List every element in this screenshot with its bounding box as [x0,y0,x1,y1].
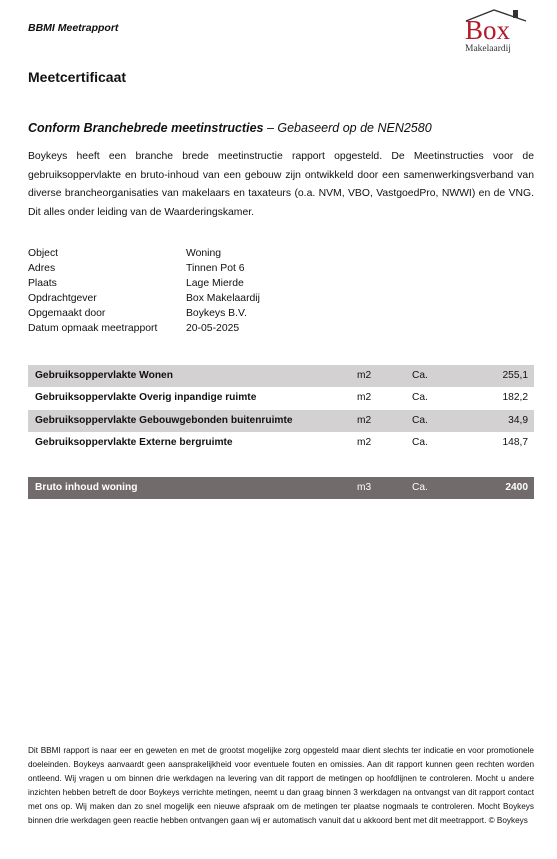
detail-row: Opgemaakt doorBoykeys B.V. [28,306,260,321]
bruto-row: Bruto inhoud woning m3 Ca. 2400 [28,477,534,499]
detail-row: AdresTinnen Pot 6 [28,261,260,276]
logo-subtitle: Makelaardij [465,44,511,54]
report-label: BBMI Meetrapport [28,22,118,34]
detail-label: Object [28,246,186,261]
measurement-approx: Ca. [412,410,482,432]
measurement-approx: Ca. [412,432,482,454]
table-row: Gebruiksoppervlakte Externe bergruimte m… [28,432,534,454]
measurement-approx: Ca. [412,387,482,409]
measurement-label: Gebruiksoppervlakte Overig inpandige rui… [28,387,357,409]
detail-label: Plaats [28,276,186,291]
measurement-value: 34,9 [482,410,534,432]
detail-value: Boykeys B.V. [186,306,247,321]
measurement-label: Gebruiksoppervlakte Externe bergruimte [28,432,357,454]
disclaimer: Dit BBMI rapport is naar eer en geweten … [28,744,534,829]
bruto-label: Bruto inhoud woning [28,477,357,499]
measurement-unit: m2 [357,365,412,387]
detail-row: PlaatsLage Mierde [28,276,260,291]
measurement-unit: m2 [357,387,412,409]
details-list: ObjectWoning AdresTinnen Pot 6 PlaatsLag… [28,246,260,336]
detail-value: 20-05-2025 [186,321,239,336]
measurement-approx: Ca. [412,365,482,387]
measurement-value: 182,2 [482,387,534,409]
measurement-label: Gebruiksoppervlakte Gebouwgebonden buite… [28,410,357,432]
detail-value: Woning [186,246,221,261]
page-title: Meetcertificaat [28,69,126,85]
detail-row: OpdrachtgeverBox Makelaardij [28,291,260,306]
detail-label: Opgemaakt door [28,306,186,321]
detail-label: Datum opmaak meetrapport [28,321,186,336]
measurement-value: 255,1 [482,365,534,387]
table-row: Gebruiksoppervlakte Wonen m2 Ca. 255,1 [28,365,534,387]
detail-row: Datum opmaak meetrapport20-05-2025 [28,321,260,336]
detail-label: Adres [28,261,186,276]
subtitle-rest: – Gebaseerd op de NEN2580 [263,121,431,135]
subtitle-bold: Conform Branchebrede meetinstructies [28,121,263,135]
measurement-label: Gebruiksoppervlakte Wonen [28,365,357,387]
bruto-approx: Ca. [412,477,482,499]
bruto-value: 2400 [482,477,534,499]
detail-row: ObjectWoning [28,246,260,261]
table-row: Gebruiksoppervlakte Overig inpandige rui… [28,387,534,409]
bruto-unit: m3 [357,477,412,499]
measurement-unit: m2 [357,432,412,454]
detail-value: Tinnen Pot 6 [186,261,245,276]
table-row: Gebruiksoppervlakte Gebouwgebonden buite… [28,410,534,432]
subtitle: Conform Branchebrede meetinstructies – G… [28,121,432,135]
measurements-table: Gebruiksoppervlakte Wonen m2 Ca. 255,1 G… [28,365,534,454]
detail-value: Lage Mierde [186,276,244,291]
detail-value: Box Makelaardij [186,291,260,306]
detail-label: Opdrachtgever [28,291,186,306]
logo-brand: Box [465,17,510,44]
measurement-value: 148,7 [482,432,534,454]
company-logo: Box Makelaardij [456,8,538,54]
measurement-unit: m2 [357,410,412,432]
intro-paragraph: Boykeys heeft een branche brede meetinst… [28,148,534,222]
